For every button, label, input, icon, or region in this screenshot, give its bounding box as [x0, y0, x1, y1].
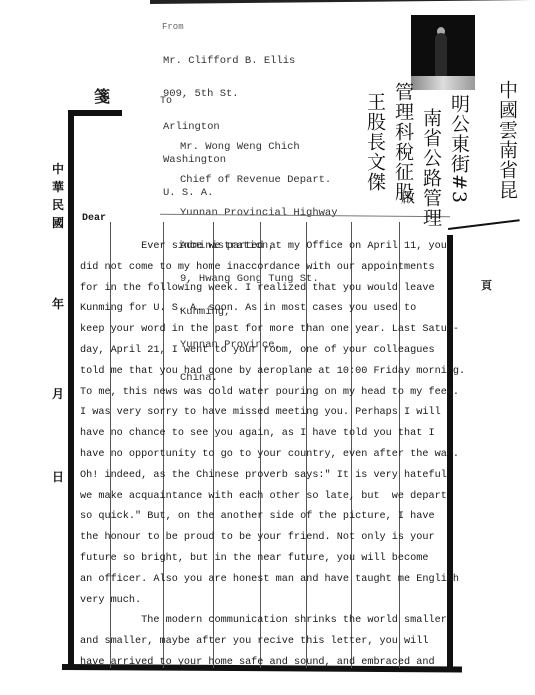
salutation: Dear: [82, 213, 106, 224]
page-top-edge: [150, 0, 535, 4]
letter-line: have no chance to see you again, as I ha…: [80, 424, 480, 445]
letter-line: keep your word in the past for more than…: [80, 320, 480, 341]
date-label-min: 民: [52, 196, 64, 213]
date-label-guo: 國: [52, 214, 64, 231]
handwritten-column: 管理科稅征股: [392, 82, 414, 202]
handwritten-column: 明公東街#3: [448, 94, 470, 204]
frame-border-left: [68, 110, 74, 668]
letter-line: Oh! indeed, as the Chinese proverb says:…: [80, 466, 480, 487]
letter-line: did not come to my home inaccordance wit…: [80, 258, 480, 279]
letter-line: day, April 21, I went to your room, one …: [80, 341, 480, 362]
date-label-year: 年: [52, 295, 64, 312]
letter-line: and smaller, maybe after you recive this…: [80, 632, 480, 653]
letter-line: for in the following week. I realized th…: [80, 279, 480, 300]
handwritten-column: 南省公路管理: [420, 108, 442, 228]
letter-line: To me, this news was cold water pouring …: [80, 383, 480, 404]
sender-line: 909, 5th St.: [163, 89, 295, 100]
letter-line: so quick." But, on the another side of t…: [80, 507, 480, 528]
recipient-line: Chief of Revenue Depart.: [180, 175, 338, 186]
letter-line: very much.: [80, 591, 480, 612]
recipient-line: Mr. Wong Weng Chich: [180, 142, 338, 153]
photo-of-man: [411, 15, 475, 90]
page-label: 頁: [481, 277, 492, 293]
stationery-header-char: 箋: [94, 84, 110, 107]
letter-line: told me that you had gone by aeroplane a…: [80, 362, 480, 383]
letter-line: The modern communication shrinks the wor…: [80, 611, 480, 632]
from-label: From: [162, 22, 184, 32]
letter-line: we make acquaintance with each other so …: [80, 487, 480, 508]
date-label-month: 月: [52, 385, 64, 402]
to-label: To: [160, 96, 172, 107]
sender-line: Mr. Clifford B. Ellis: [163, 56, 295, 67]
photo-ground: [411, 76, 475, 90]
letter-line: an officer. Also you are honest man and …: [80, 570, 480, 591]
date-label-day: 日: [52, 468, 64, 485]
frame-border-corner: [448, 219, 520, 230]
handwritten-column: 啟: [396, 190, 418, 205]
letter-line: Ever since we parted at my Office on Apr…: [80, 237, 480, 258]
letter-line: Kunming for U. S. A. soon. As in most ca…: [80, 299, 480, 320]
letter-line: future so bright, but in the near future…: [80, 549, 480, 570]
date-label-hua: 華: [52, 178, 64, 195]
date-label-zhong: 中: [52, 160, 64, 177]
handwritten-column: 王股長文傑: [364, 92, 386, 192]
letter-line: have no opportunity to go to your countr…: [80, 445, 480, 466]
letter-line: the honour to be proud to be your friend…: [80, 528, 480, 549]
handwritten-column: 中國雲南省昆: [496, 80, 518, 200]
letter-line: I was very sorry to have missed meeting …: [80, 403, 480, 424]
letter-line: have arrived to your home safe and sound…: [80, 653, 480, 674]
frame-border-top: [70, 110, 122, 116]
letter-body: Ever since we parted at my Office on Apr…: [80, 237, 480, 674]
